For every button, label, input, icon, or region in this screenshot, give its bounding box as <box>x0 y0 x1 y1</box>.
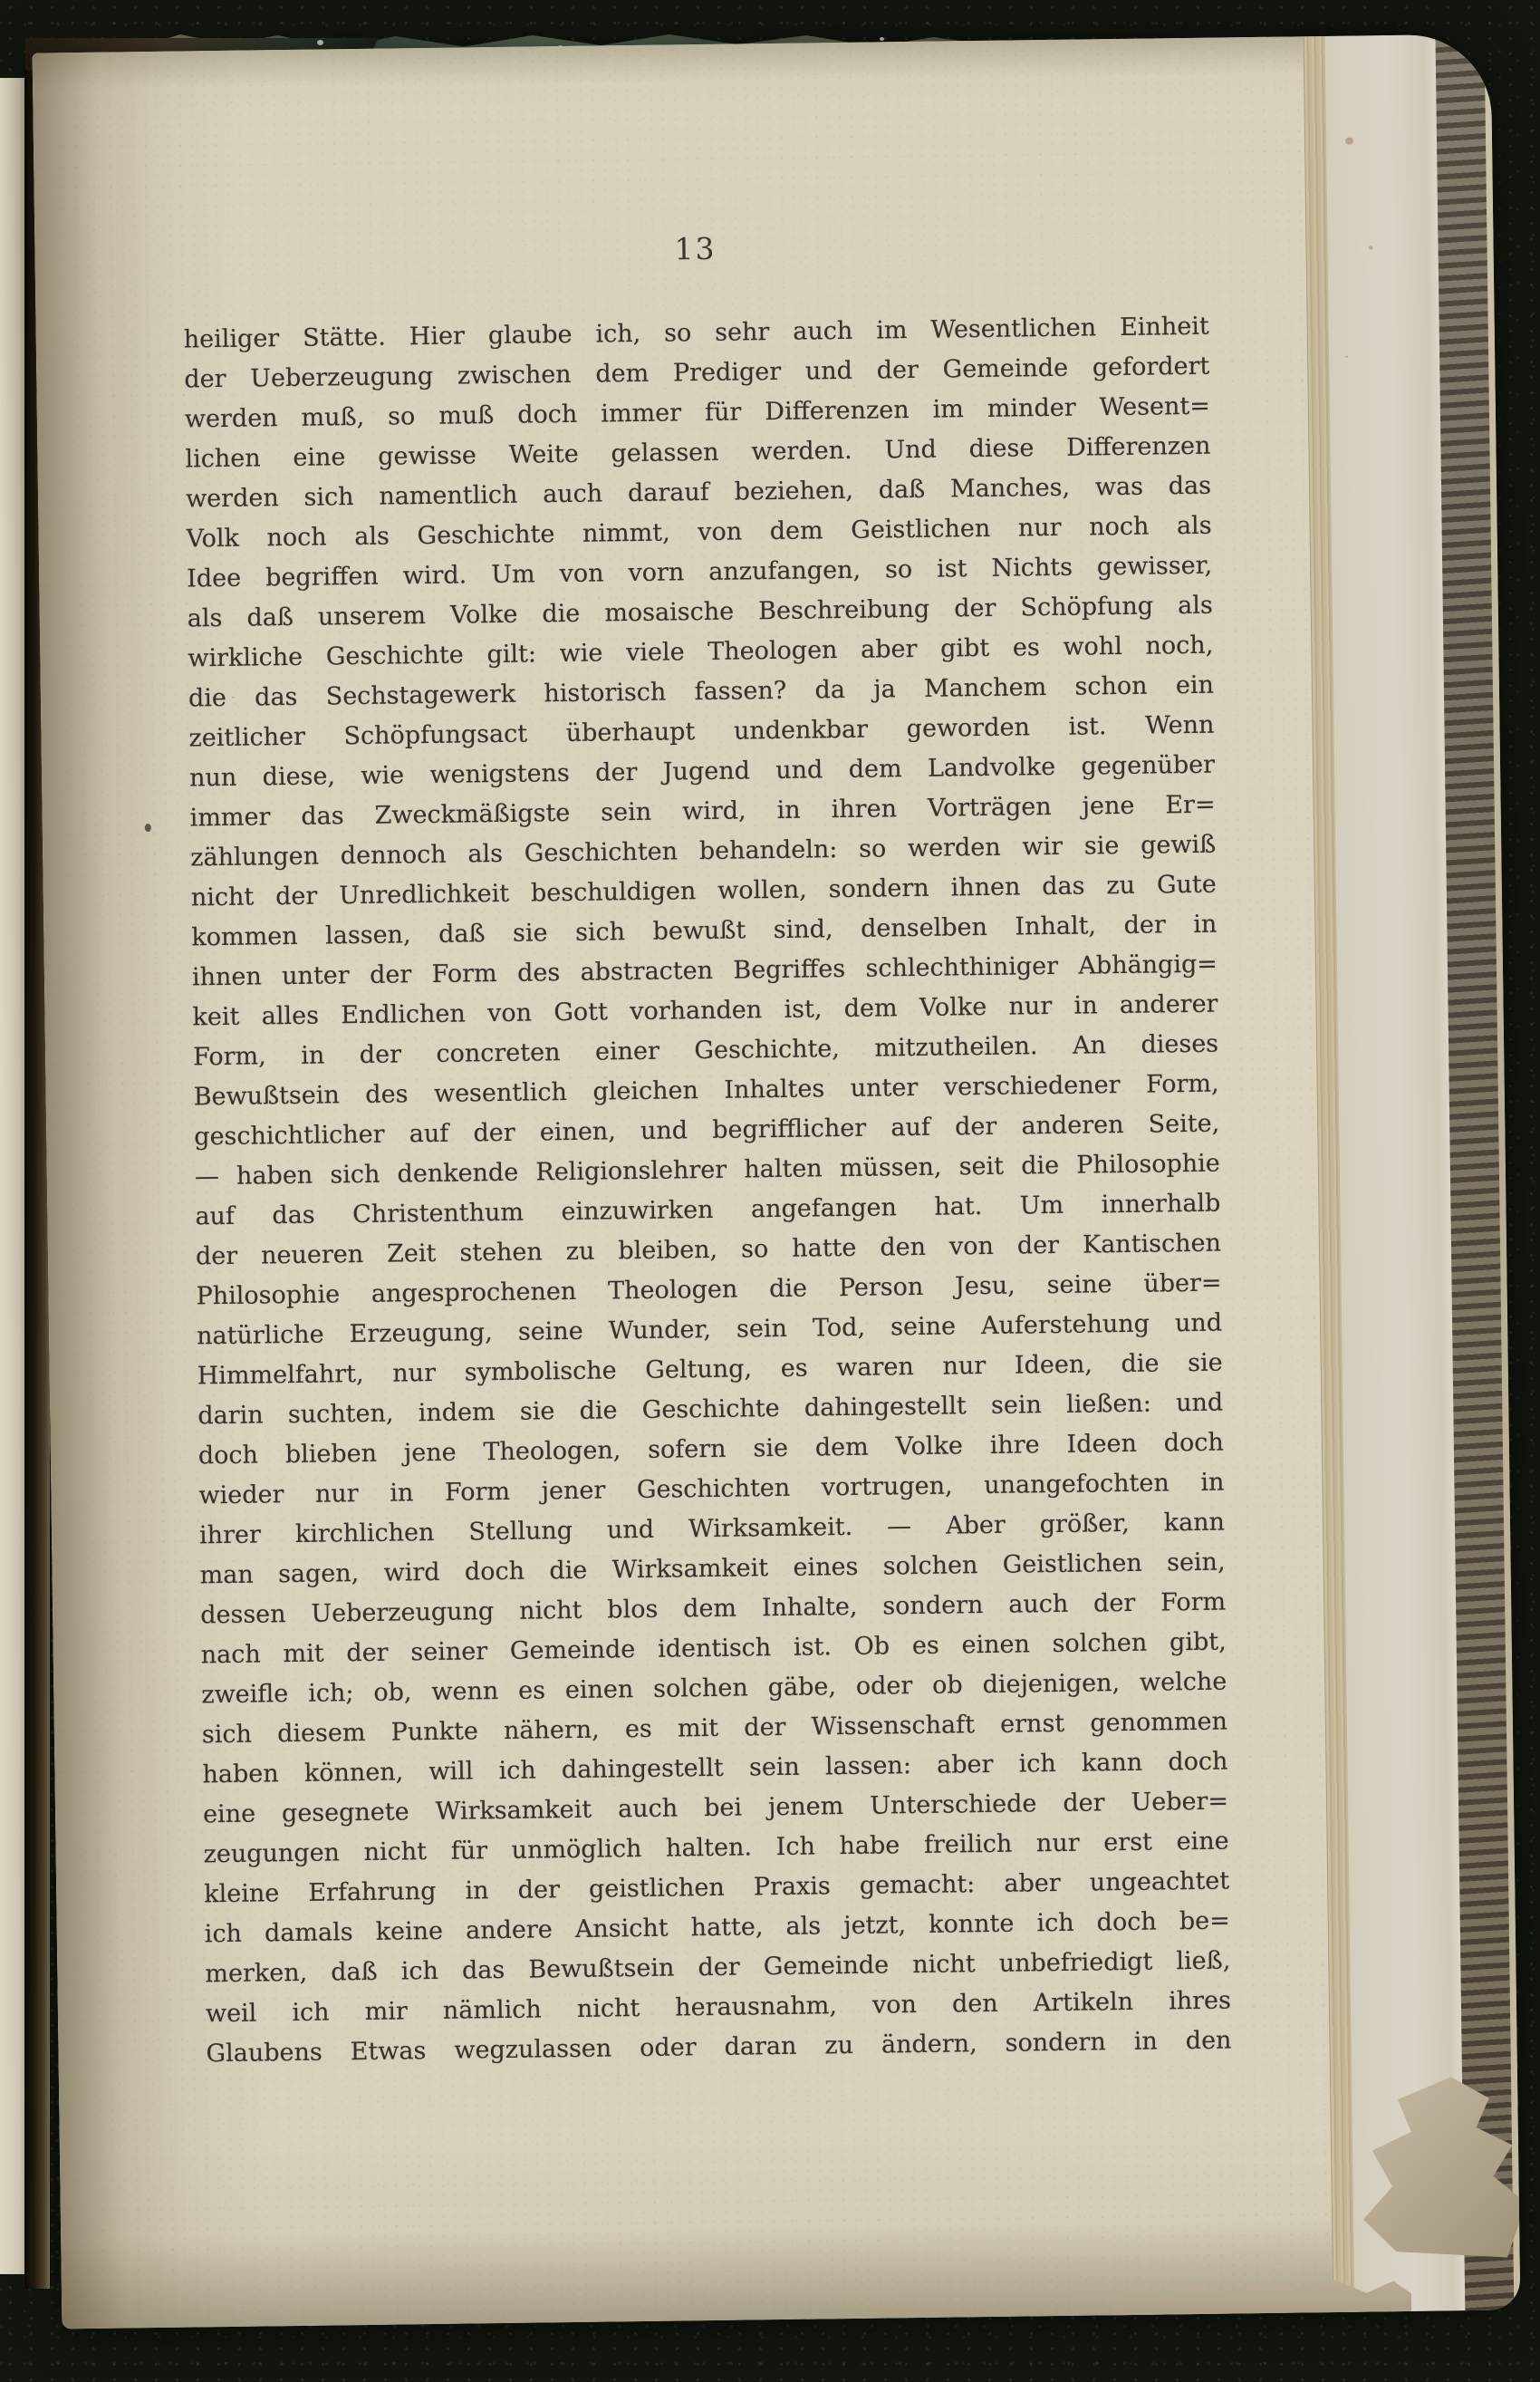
ink-spot <box>145 824 151 832</box>
adjacent-page-edge <box>0 78 27 2274</box>
body-text: heiliger Stätte. Hier glaube ich, so seh… <box>184 307 1232 2075</box>
foxing-spots <box>1345 138 1353 145</box>
book-page: 13 heiliger Stätte. Hier glaube ich, so … <box>33 34 1521 2329</box>
paint-specks <box>317 40 323 45</box>
scanned-book-page: 13 heiliger Stätte. Hier glaube ich, so … <box>0 0 1540 2382</box>
